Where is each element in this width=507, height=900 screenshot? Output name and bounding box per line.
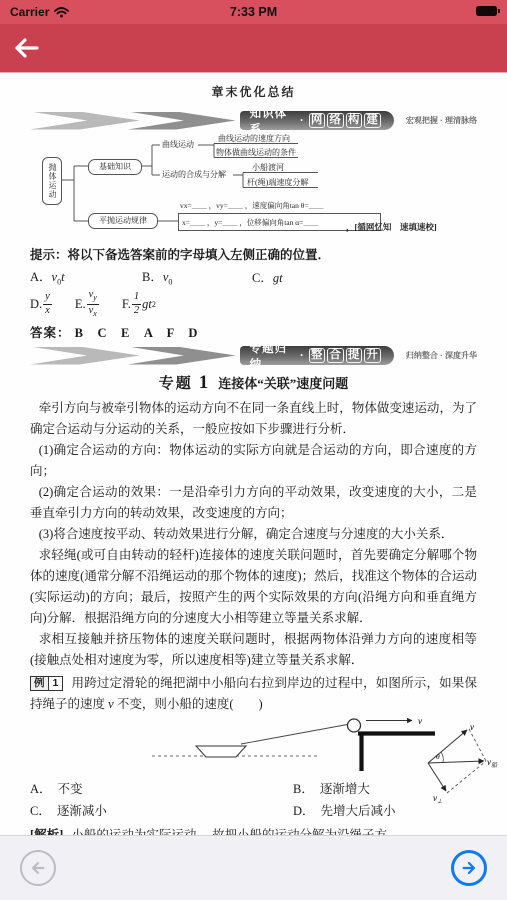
back-arrow-icon <box>14 37 40 59</box>
mindmap-leaf: 杆(绳)端速度分解 <box>247 178 308 188</box>
choice-F-label: F. <box>122 297 131 312</box>
choice-F: F. 1 2 gt2 <box>122 292 156 316</box>
arrow-left-icon <box>29 859 47 877</box>
section-banner-knowledge: 知识体系 · 网 络 构 建 宏观把握 · 理清脉络 <box>30 110 477 131</box>
options-grid: A．不变 B．逐渐增大 C．逐渐减小 D．先增大后减小 <box>30 778 477 822</box>
fraction-denominator: 2 <box>134 305 139 317</box>
choices-row-1: A．v0t B．v0 C．gt <box>30 265 477 289</box>
choice-E-label: E. <box>75 297 86 312</box>
status-right <box>476 5 497 19</box>
chevron-icon <box>30 347 140 365</box>
knowledge-mindmap: 抛体运动 基础知识 曲线运动 曲线运动的速度方向 物体做曲线运动的条件 运动的合… <box>30 133 477 239</box>
choice-A-label: A． <box>30 270 52 284</box>
choice-B-label: B． <box>142 270 163 284</box>
fraction-numerator: vy <box>87 290 99 304</box>
mindmap-tail-note: ，[循网忆知 速填速校] <box>346 221 437 233</box>
choice-C: C．gt <box>252 268 283 286</box>
pulley-boat-figure: v <box>148 717 438 771</box>
example-text: 不变，则小船的速度( ) <box>114 697 263 711</box>
choice-E: E. vy vx <box>75 290 100 317</box>
mindmap-root: 抛体运动 <box>42 157 62 205</box>
banner-title: 专题归纳 · 整 合 提 升 <box>240 346 394 365</box>
mindmap-formula-displacement: x=＿＿ ，y=＿＿ ，位移偏向角tan α=＿＿ <box>182 217 318 228</box>
fraction-numerator: y <box>43 292 52 305</box>
choice-A: A．v0t <box>30 267 142 287</box>
banner-title-text: 专题归纳 <box>250 340 297 372</box>
fraction-denominator: vx <box>89 305 97 318</box>
bottom-toolbar <box>0 835 507 900</box>
paragraph: 求相互接触并挤压物体的速度关联问题时，根据两物体沿弹力方向的速度相等(接触点处相… <box>30 629 477 671</box>
perpendicular-component-vector <box>428 763 446 791</box>
banner-title-text: 知识体系 <box>250 105 297 137</box>
rope-velocity-label: v <box>470 722 474 732</box>
answer-letters: B C E A F D <box>75 326 199 340</box>
choice-A-tail: t <box>61 270 64 284</box>
back-button[interactable] <box>14 33 48 63</box>
paragraph: (2)确定合运动的效果：一是沿牵引力方向的平动效果，改变速度的大小，二是垂直牵引… <box>30 482 477 524</box>
paragraph: (3)将合速度按平动、转动效果进行分解，确定合速度与分速度的大小关系． <box>30 524 477 545</box>
banner-title: 知识体系 · 网 络 构 建 <box>240 111 394 130</box>
topic-label: 专题 <box>159 375 193 392</box>
option-A: A．不变 <box>30 778 293 800</box>
choice-E-fraction: vy vx <box>87 290 99 317</box>
section-banner-topics: 专题归纳 · 整 合 提 升 归纳整合 · 深度升华 <box>30 345 477 366</box>
choice-D-fraction: y x <box>43 292 52 316</box>
pulley-icon <box>348 719 361 732</box>
rope-line <box>241 724 350 744</box>
boat-shape <box>196 746 246 757</box>
example-badge: 例 1 <box>30 676 63 691</box>
paragraph: (1)确定合运动的方向：物体运动的实际方向就是合运动的方向，即合速度的方向； <box>30 440 477 482</box>
topic-title: 连接体“关联”速度问题 <box>218 376 348 391</box>
fraction-numerator: 1 <box>132 292 141 305</box>
document-page[interactable]: 章末优化总结 知识体系 · 网 络 构 建 宏观把握 · 理清脉络 抛体运动 基… <box>0 73 507 835</box>
status-left: Carrier <box>10 5 69 19</box>
example-badge-number: 1 <box>49 677 63 690</box>
choice-F-exponent: 2 <box>152 300 156 309</box>
choice-C-label: C． <box>252 271 273 285</box>
analysis-label: [解析] <box>30 828 63 835</box>
banner-boxed-char: 升 <box>364 348 381 363</box>
banner-dot: · <box>300 115 305 127</box>
choice-B-sub: 0 <box>168 278 172 287</box>
mindmap-leaf: 曲线运动的速度方向 <box>218 134 290 144</box>
banner-boxed-char: 络 <box>327 113 344 128</box>
paragraph: 牵引方向与被牵引物体的运动方向不在同一条直线上时，物体做变速运动，为了确定合运动… <box>30 398 477 440</box>
battery-icon <box>476 6 497 16</box>
rope-component-vector <box>428 730 467 763</box>
choice-D: D. y x <box>30 292 53 316</box>
chevron-icon <box>128 112 236 130</box>
answer-line: 答案： B C E A F D <box>30 323 477 341</box>
fraction-denominator: x <box>45 305 50 317</box>
next-page-button[interactable] <box>451 850 487 886</box>
mindmap-leaf: 小船渡河 <box>252 163 284 173</box>
paragraph: 求轻绳(或可自由转动的轻杆)连接体的速度关联问题时，首先要确定分解哪个物体的速度… <box>30 545 477 629</box>
wifi-icon <box>54 7 69 18</box>
analysis-paragraph: [解析]小船的运动为实际运动 ，故把小船的运动分解为沿绳子方向和垂 <box>30 825 477 835</box>
banner-boxed-char: 合 <box>327 348 344 363</box>
topic-heading: 专题 1 连接体“关联”速度问题 <box>30 372 477 394</box>
mindmap-leaf: 物体做曲线运动的条件 <box>216 148 296 158</box>
choice-C-var: gt <box>273 271 283 285</box>
choice-D-label: D. <box>30 297 42 312</box>
mindmap-node-compose: 运动的合成与分解 <box>162 170 226 180</box>
banner-boxed-char: 建 <box>364 113 381 128</box>
carrier-label: Carrier <box>10 5 49 19</box>
banner-boxed-char: 网 <box>309 113 326 128</box>
hint-line: 提示：将以下备选答案前的字母填入左侧正确的位置． <box>30 245 477 263</box>
boat-velocity-vector <box>428 761 484 763</box>
previous-page-button[interactable] <box>20 850 56 886</box>
perpendicular-velocity-label: v⊥ <box>433 793 442 805</box>
chevron-icon <box>30 112 140 130</box>
banner-dot: · <box>300 350 305 362</box>
status-time: 7:33 PM <box>0 5 507 19</box>
mindmap-node-curve: 曲线运动 <box>162 140 194 150</box>
example-badge-label: 例 <box>31 677 49 690</box>
angle-arc <box>441 752 443 762</box>
banner-caption: 宏观把握 · 理清脉络 <box>406 115 477 126</box>
topic-number: 1 <box>199 372 209 393</box>
theta-label: θ <box>436 752 440 761</box>
choices-row-2: D. y x E. vy vx F. 1 2 gt2 <box>30 289 477 319</box>
banner-boxed-char: 构 <box>346 113 363 128</box>
choice-F-tail: gt <box>142 297 152 312</box>
banner-caption: 归纳整合 · 深度升华 <box>406 350 477 361</box>
mindmap-formula-velocity: vx=＿＿ ，vy=＿＿ ，速度偏向角tan θ=＿＿ <box>180 201 324 211</box>
app-window: Carrier 7:33 PM 章末优化总结 知识体系 <box>0 0 507 900</box>
option-C: C．逐渐减小 <box>30 800 293 822</box>
arrow-right-icon <box>460 859 478 877</box>
boat-velocity-label: v船 <box>487 757 498 769</box>
banner-boxed-char: 整 <box>309 348 326 363</box>
mindmap-node-projectile: 平抛运动规律 <box>88 213 158 229</box>
status-bar: Carrier 7:33 PM <box>0 0 507 24</box>
example-paragraph: 例 1 用跨过定滑轮的绳把湖中小船向右拉到岸边的过程中，如图所示，如果保持绳子的… <box>30 673 477 715</box>
chevron-icon <box>128 347 236 365</box>
mindmap-node-basic: 基础知识 <box>88 159 142 175</box>
nav-bar <box>0 24 507 73</box>
banner-boxed-char: 提 <box>346 348 363 363</box>
page-title: 章末优化总结 <box>30 83 477 100</box>
choice-F-fraction: 1 2 <box>132 292 141 316</box>
choice-B: B．v0 <box>142 267 252 287</box>
answer-label: 答案： <box>30 326 71 340</box>
analysis-text: 小船的运动为实际运动 ，故把小船的运动分解为沿绳子方向和垂 <box>30 828 387 835</box>
velocity-vector-diagram: θ v v船 v⊥ <box>421 721 501 807</box>
